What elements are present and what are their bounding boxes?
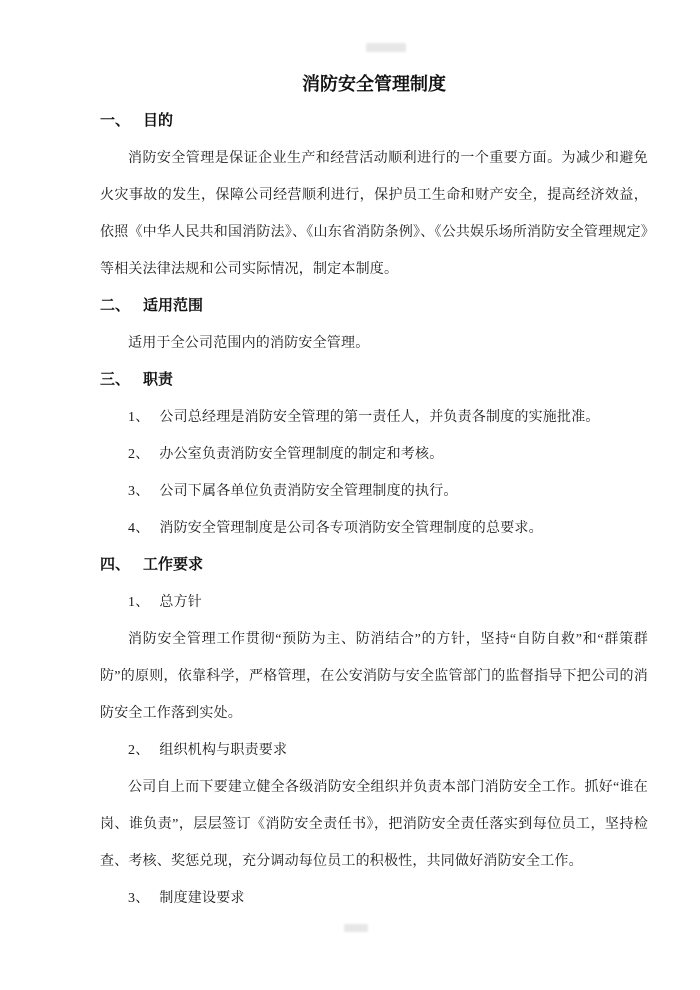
document-title: 消防安全管理制度 — [100, 66, 648, 103]
subsection-heading-policy: 1、 总方针 — [100, 584, 648, 621]
section-number: 三、 — [100, 362, 130, 399]
item-number: 2、 — [128, 436, 149, 473]
document-page: 消防安全管理制度 一、 目的 消防安全管理是保证企业生产和经营活动顺利进行的一个… — [0, 0, 700, 990]
item-number: 3、 — [128, 880, 149, 917]
faint-watermark-top — [366, 43, 406, 52]
section-heading-requirements: 四、 工作要求 — [100, 547, 648, 584]
duty-item: 1、 公司总经理是消防安全管理的第一责任人，并负责各制度的实施批准。 — [100, 399, 648, 436]
section-number: 二、 — [100, 288, 130, 325]
section-label: 职责 — [143, 362, 173, 399]
section-label: 适用范围 — [143, 288, 203, 325]
subsection-heading-system-building: 3、 制度建设要求 — [100, 880, 648, 917]
duty-item: 2、 办公室负责消防安全管理制度的制定和考核。 — [100, 436, 648, 473]
item-text: 公司下属各单位负责消防安全管理制度的执行。 — [159, 473, 457, 510]
section-number: 四、 — [100, 547, 130, 584]
faint-watermark-bottom — [344, 924, 368, 932]
item-number: 4、 — [128, 510, 149, 547]
item-text: 公司总经理是消防安全管理的第一责任人，并负责各制度的实施批准。 — [159, 399, 599, 436]
section-number: 一、 — [100, 103, 130, 140]
section-heading-scope: 二、 适用范围 — [100, 288, 648, 325]
item-number: 1、 — [128, 584, 149, 621]
item-text: 总方针 — [159, 584, 202, 621]
item-number: 3、 — [128, 473, 149, 510]
section-label: 目的 — [143, 103, 173, 140]
duty-item: 4、 消防安全管理制度是公司各专项消防安全管理制度的总要求。 — [100, 510, 648, 547]
purpose-paragraph: 消防安全管理是保证企业生产和经营活动顺利进行的一个重要方面。为减少和避免火灾事故… — [100, 140, 648, 288]
section-label: 工作要求 — [143, 547, 203, 584]
subsection-heading-organization: 2、 组织机构与职责要求 — [100, 732, 648, 769]
item-text: 制度建设要求 — [159, 880, 244, 917]
section-heading-duties: 三、 职责 — [100, 362, 648, 399]
item-number: 2、 — [128, 732, 149, 769]
item-text: 消防安全管理制度是公司各专项消防安全管理制度的总要求。 — [159, 510, 542, 547]
section-heading-purpose: 一、 目的 — [100, 103, 648, 140]
document-content: 消防安全管理制度 一、 目的 消防安全管理是保证企业生产和经营活动顺利进行的一个… — [0, 0, 700, 917]
item-number: 1、 — [128, 399, 149, 436]
organization-paragraph: 公司自上而下要建立健全各级消防安全组织并负责本部门消防安全工作。抓好“谁在岗、谁… — [100, 769, 648, 880]
scope-paragraph: 适用于全公司范围内的消防安全管理。 — [100, 325, 648, 362]
item-text: 办公室负责消防安全管理制度的制定和考核。 — [159, 436, 443, 473]
duty-item: 3、 公司下属各单位负责消防安全管理制度的执行。 — [100, 473, 648, 510]
item-text: 组织机构与职责要求 — [159, 732, 287, 769]
policy-paragraph: 消防安全管理工作贯彻“预防为主、防消结合”的方针，坚持“自防自救”和“群策群防”… — [100, 621, 648, 732]
